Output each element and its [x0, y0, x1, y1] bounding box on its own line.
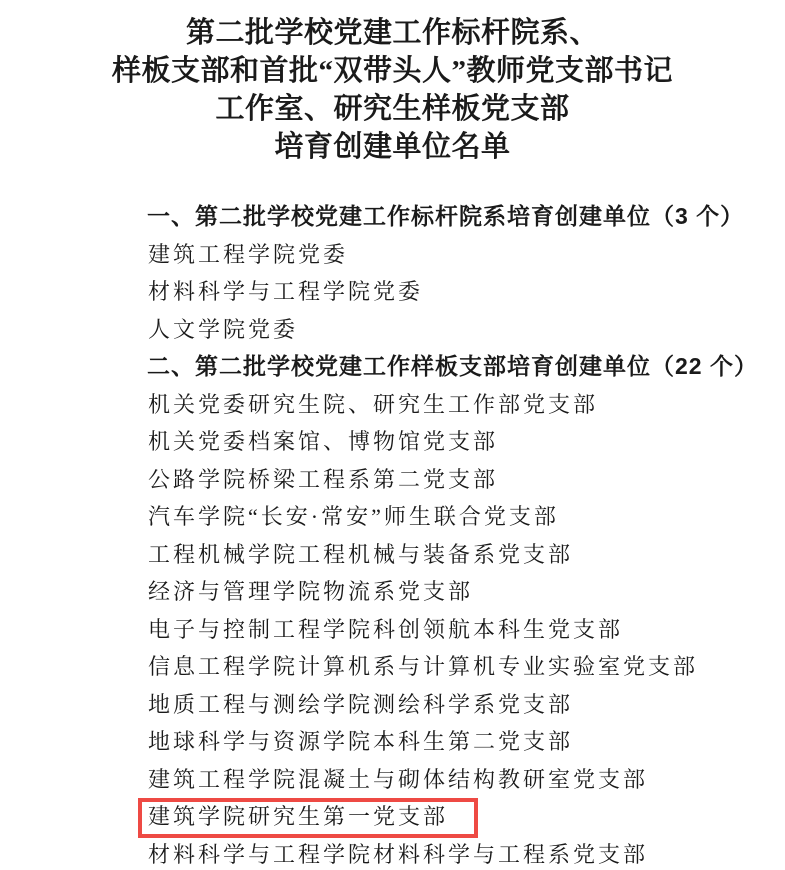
list-item: 建筑工程学院混凝土与砌体结构教研室党支部 — [0, 761, 785, 799]
list-item: 建筑工程学院党委 — [0, 236, 785, 274]
list-item: 经济与管理学院物流系党支部 — [0, 573, 785, 611]
section-heading: 一、第二批学校党建工作标杆院系培育创建单位（3 个） — [0, 198, 785, 236]
list-item: 材料科学与工程学院材料科学与工程系党支部 — [0, 836, 785, 870]
list-item: 机关党委研究生院、研究生工作部党支部 — [0, 386, 785, 424]
document-title: 第二批学校党建工作标杆院系、 样板支部和首批“双带头人”教师党支部书记 工作室、… — [0, 0, 785, 166]
title-line: 样板支部和首批“双带头人”教师党支部书记 — [0, 52, 785, 90]
list-item: 机关党委档案馆、博物馆党支部 — [0, 423, 785, 461]
list-item: 信息工程学院计算机系与计算机专业实验室党支部 — [0, 648, 785, 686]
document-page: 第二批学校党建工作标杆院系、 样板支部和首批“双带头人”教师党支部书记 工作室、… — [0, 0, 785, 870]
list-item-highlighted: 建筑学院研究生第一党支部 — [0, 798, 785, 836]
highlighted-item-text: 建筑学院研究生第一党支部 — [148, 804, 448, 829]
list-item: 地球科学与资源学院本科生第二党支部 — [0, 723, 785, 761]
section-heading: 二、第二批学校党建工作样板支部培育创建单位（22 个） — [0, 348, 785, 386]
list-item: 工程机械学院工程机械与装备系党支部 — [0, 536, 785, 574]
list-item: 电子与控制工程学院科创领航本科生党支部 — [0, 611, 785, 649]
title-line: 工作室、研究生样板党支部 — [0, 90, 785, 128]
list-item: 汽车学院“长安·常安”师生联合党支部 — [0, 498, 785, 536]
list-item: 材料科学与工程学院党委 — [0, 273, 785, 311]
list-item: 公路学院桥梁工程系第二党支部 — [0, 461, 785, 499]
title-line: 第二批学校党建工作标杆院系、 — [0, 14, 785, 52]
list-item: 地质工程与测绘学院测绘科学系党支部 — [0, 686, 785, 724]
title-line: 培育创建单位名单 — [0, 128, 785, 166]
unit-list: 一、第二批学校党建工作标杆院系培育创建单位（3 个） 建筑工程学院党委 材料科学… — [0, 198, 785, 870]
list-item: 人文学院党委 — [0, 311, 785, 349]
